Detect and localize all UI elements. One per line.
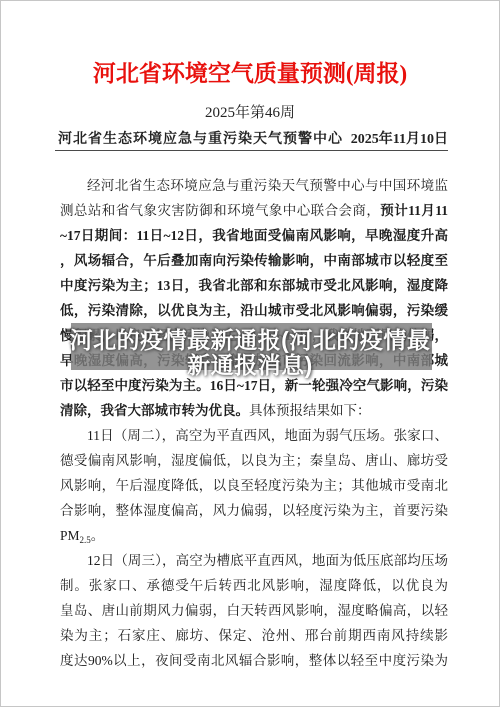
- body-line: 低，污染清除，以优良为主，沿山城市受北风影响偏弱，污染缓: [60, 298, 448, 323]
- body-text-segment: 测总站和省气象灾害防御和环境气象中心联合会商，: [60, 203, 380, 218]
- body-text-segment: 制。张家口、承德受午后转西北风影响，湿度降低，以优良为主；秦: [60, 578, 448, 598]
- body-line: 皇岛、唐山前期风力偏弱，白天转西风影响，湿度略偏高，以轻度污: [60, 598, 448, 623]
- body-text-segment: 皇岛、唐山前期风力偏弱，白天转西风影响，湿度略偏高，以轻度污: [60, 603, 448, 623]
- body-line: 合影响，整体湿度偏高，风力偏弱，以轻度污染为主，首要污染物为: [60, 498, 448, 523]
- body-text-segment: 2.5: [80, 535, 91, 545]
- issuing-organization: 河北省生态环境应急与重污染天气预警中心: [58, 130, 343, 149]
- body-text-segment: 度达90%以上，夜间受南北风辐合影响，整体以轻至中度污染为主；: [60, 653, 448, 673]
- body-line: ，风场辐合，午后叠加南向污染传输影响，中南部城市以轻度至: [60, 248, 448, 273]
- body-text-segment: 德受偏南风影响，湿度偏低，以良为主；秦皇岛、唐山、廊坊受偏东: [60, 453, 448, 473]
- body-line: 清除，我省大部城市转为优良。具体预报结果如下：: [60, 398, 448, 423]
- body-line: PM2.5。: [60, 523, 448, 548]
- body-lines: 经河北省生态环境应急与重污染天气预警中心与中国环境监测总站和省气象灾害防御和环境…: [60, 173, 448, 673]
- body-line: 测总站和省气象灾害防御和环境气象中心联合会商，预计11月11日: [60, 198, 448, 223]
- body-line: 风影响，午后湿度降低，以良至轻度污染为主；其他城市受南北风辐: [60, 473, 448, 498]
- body-line: 制。张家口、承德受午后转西北风影响，湿度降低，以优良为主；秦: [60, 573, 448, 598]
- body-line: 度达90%以上，夜间受南北风辐合影响，整体以轻至中度污染为主；: [60, 648, 448, 673]
- body-text-segment: 合影响，整体湿度偏高，风力偏弱，以轻度污染为主，首要污染物为: [60, 503, 448, 523]
- watermark-text-line2: 新通报消息): [1, 353, 499, 378]
- body-text-segment: 。: [91, 528, 105, 543]
- body-line: 染为主；石家庄、廊坊、保定、沧州、邢台前期西南风持续影响，湿: [60, 623, 448, 648]
- body-text-segment: ~17日期间：11日~12日，我省地面受偏南风影响，早晚湿度升高: [60, 228, 448, 243]
- body-text-segment: 低，污染清除，以优良为主，沿山城市受北风影响偏弱，污染缓: [60, 303, 448, 318]
- body-text-segment: 清除，我省大部城市转为优良。: [60, 403, 249, 418]
- body-text-segment: 风影响，午后湿度降低，以良至轻度污染为主；其他城市受南北风辐: [60, 478, 448, 498]
- body-line: ~17日期间：11日~12日，我省地面受偏南风影响，早晚湿度升高: [60, 223, 448, 248]
- issue-number: 2025年第46周: [1, 104, 499, 122]
- body-text-segment: 市以轻至中度污染为主。16日~17日，新一轮强冷空气影响，污染: [60, 378, 448, 393]
- document-title: 河北省环境空气质量预测(周报): [1, 61, 499, 87]
- body-line: 11日（周二），高空为平直西风，地面为弱气压场。张家口、承: [60, 423, 448, 448]
- body-text-segment: 经河北省生态环境应急与重污染天气预警中心与中国环境监: [87, 178, 448, 193]
- body-text-segment: ，风场辐合，午后叠加南向污染传输影响，中南部城市以轻度至: [60, 253, 448, 268]
- body-line: 12日（周三），高空为槽底平直西风，地面为低压底部均压场控: [60, 548, 448, 573]
- issue-date: 2025年11月10日: [351, 130, 448, 149]
- body-text-segment: 11日（周二），高空为平直西风，地面为弱气压场。张家口、承: [60, 428, 448, 448]
- body-text-segment: 具体预报结果如下：: [249, 403, 371, 418]
- body-text-segment: 12日（周三），高空为槽底平直西风，地面为低压底部均压场控: [60, 553, 448, 573]
- body-text-segment: 染为主；石家庄、廊坊、保定、沧州、邢台前期西南风持续影响，湿: [60, 628, 448, 648]
- body-text-segment: 中度污染为主；13日，我省北部和东部城市受北风影响，湿度降: [60, 278, 448, 293]
- watermark-text-line1: 河北的疫情最新通报(河北的疫情最: [1, 328, 499, 353]
- header-divider: [55, 150, 448, 151]
- body-line: 中度污染为主；13日，我省北部和东部城市受北风影响，湿度降: [60, 273, 448, 298]
- body-line: 经河北省生态环境应急与重污染天气预警中心与中国环境监: [60, 173, 448, 198]
- body-line: 德受偏南风影响，湿度偏低，以良为主；秦皇岛、唐山、廊坊受偏东: [60, 448, 448, 473]
- document-page: 河北省环境空气质量预测(周报) 2025年第46周 河北省生态环境应急与重污染天…: [0, 0, 500, 707]
- body-text-segment: PM: [60, 528, 80, 543]
- header-meta-row: 河北省生态环境应急与重污染天气预警中心 2025年11月10日: [58, 130, 448, 149]
